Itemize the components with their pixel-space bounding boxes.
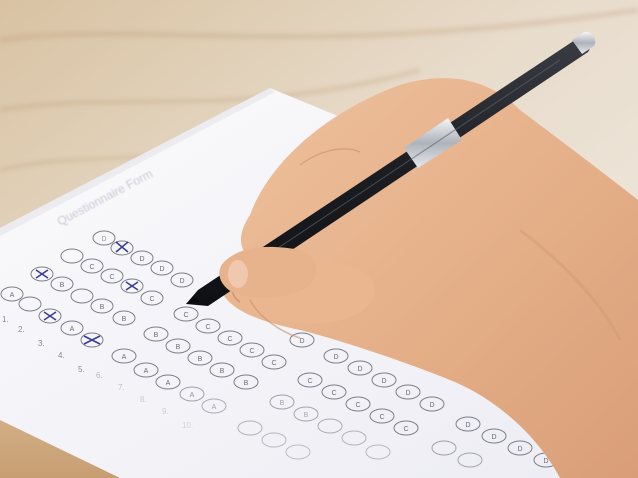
svg-text:D: D xyxy=(101,236,106,243)
svg-text:A: A xyxy=(190,392,195,399)
svg-text:8.: 8. xyxy=(140,395,147,404)
svg-text:1.: 1. xyxy=(2,315,9,324)
svg-text:D: D xyxy=(405,390,410,397)
svg-text:7.: 7. xyxy=(118,383,125,392)
svg-text:A: A xyxy=(122,354,127,361)
svg-text:D: D xyxy=(429,402,434,409)
photo-scene: Questionnaire Form 1. 2. 3. 4. 5. 6. 7. … xyxy=(0,0,638,478)
svg-text:C: C xyxy=(149,296,154,303)
svg-text:C: C xyxy=(205,324,210,331)
svg-text:D: D xyxy=(381,378,386,385)
svg-text:C: C xyxy=(271,360,276,367)
svg-text:B: B xyxy=(154,332,159,339)
svg-text:B: B xyxy=(304,412,309,419)
svg-text:D: D xyxy=(465,422,470,429)
svg-text:A: A xyxy=(70,326,75,333)
svg-text:D: D xyxy=(159,266,164,273)
svg-text:C: C xyxy=(183,312,188,319)
svg-text:D: D xyxy=(139,256,144,263)
svg-text:9.: 9. xyxy=(162,407,169,416)
svg-text:C: C xyxy=(109,274,114,281)
svg-text:C: C xyxy=(355,402,360,409)
photo-canvas: Questionnaire Form 1. 2. 3. 4. 5. 6. 7. … xyxy=(0,0,638,478)
svg-text:D: D xyxy=(491,434,496,441)
svg-text:C: C xyxy=(403,426,408,433)
svg-text:5.: 5. xyxy=(78,365,85,374)
svg-text:D: D xyxy=(517,446,522,453)
svg-text:D: D xyxy=(333,354,338,361)
svg-text:B: B xyxy=(280,400,285,407)
svg-text:6.: 6. xyxy=(96,371,103,380)
svg-text:4.: 4. xyxy=(58,351,65,360)
svg-text:A: A xyxy=(10,292,15,299)
svg-text:D: D xyxy=(543,458,548,465)
svg-text:C: C xyxy=(331,390,336,397)
svg-text:D: D xyxy=(357,366,362,373)
svg-text:C: C xyxy=(89,264,94,271)
svg-text:A: A xyxy=(166,380,171,387)
svg-text:B: B xyxy=(220,368,225,375)
svg-text:2.: 2. xyxy=(18,325,25,334)
svg-text:10.: 10. xyxy=(182,421,193,430)
svg-text:D: D xyxy=(299,338,304,345)
svg-text:C: C xyxy=(227,336,232,343)
svg-text:C: C xyxy=(249,348,254,355)
svg-text:B: B xyxy=(60,282,65,289)
svg-text:3.: 3. xyxy=(38,339,45,348)
svg-text:B: B xyxy=(176,344,181,351)
svg-text:A: A xyxy=(144,368,149,375)
svg-text:C: C xyxy=(379,414,384,421)
svg-text:B: B xyxy=(244,380,249,387)
svg-text:B: B xyxy=(100,304,105,311)
svg-text:D: D xyxy=(179,278,184,285)
svg-text:A: A xyxy=(212,404,217,411)
svg-text:C: C xyxy=(307,378,312,385)
svg-text:B: B xyxy=(198,356,203,363)
svg-text:B: B xyxy=(122,316,127,323)
thumbnail xyxy=(228,260,248,288)
